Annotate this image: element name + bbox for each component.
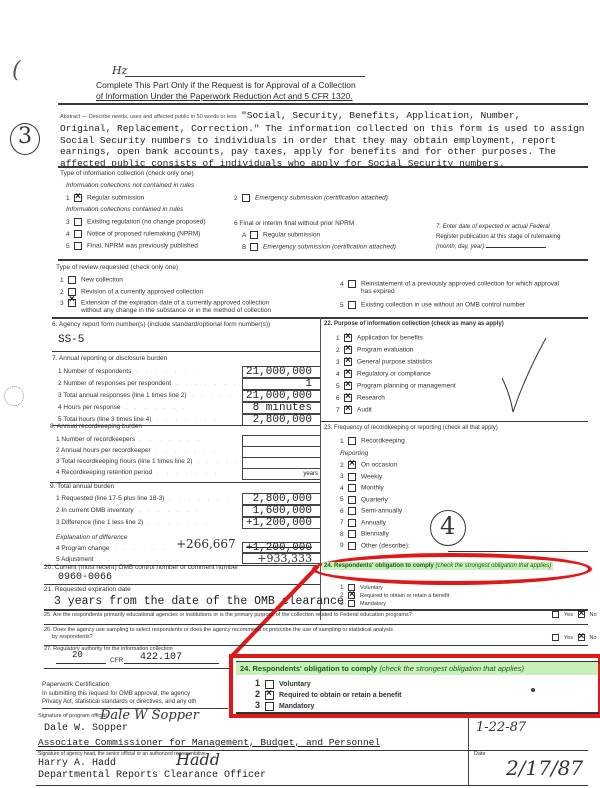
q26-row: 26. Does the agency use sampling to sele… (44, 627, 393, 641)
certification-text-2: Privacy Act, statistical standards or di… (42, 699, 196, 705)
agency-signature: Hadd (176, 750, 220, 769)
authority-title[interactable]: 20 (72, 650, 83, 660)
date-label: Date (474, 751, 486, 757)
obligation-callout-item[interactable]: 3Mandatory (255, 700, 314, 711)
certification-text-1: In submitting this request for OMB appro… (42, 691, 190, 697)
no-checkbox-checked[interactable] (578, 634, 585, 641)
agency-date[interactable]: 2/17/87 (506, 756, 583, 780)
program-date[interactable]: 1-22-87 (476, 720, 526, 735)
cfr-label: CFR (110, 657, 123, 664)
agency-title: Departmental Reports Clearance Officer (38, 770, 266, 781)
agency-name: Harry A. Hadd (38, 758, 116, 769)
yes-checkbox[interactable] (552, 611, 559, 618)
program-signature: Dale W Sopper (100, 708, 199, 723)
obligation-callout: 24. Respondents' obligation to comply (c… (229, 654, 600, 718)
authority-section[interactable]: 422.107 (140, 652, 182, 663)
q25-row: 25. Are the respondents primarily educat… (44, 612, 412, 618)
obligation-callout-item[interactable]: 1Voluntary (255, 678, 311, 689)
obligation-callout-item[interactable]: 2Required to obtain or retain a benefit (255, 689, 402, 700)
obligation-callout-label: 24. Respondents' obligation to comply (c… (236, 662, 598, 675)
checkbox-checked[interactable] (265, 691, 274, 700)
q25-answers[interactable]: Yes No (552, 611, 597, 618)
checkbox[interactable] (265, 702, 274, 711)
program-title: Associate Commissioner for Management, B… (38, 737, 380, 748)
yes-checkbox[interactable] (552, 634, 559, 641)
program-signature-label: Signature of program official (38, 713, 107, 719)
q26-answers[interactable]: Yes No (552, 634, 597, 641)
program-name: Dale W. Sopper (44, 723, 128, 734)
no-checkbox-checked[interactable] (578, 611, 585, 618)
certification-label: Paperwork Certification (42, 681, 109, 688)
